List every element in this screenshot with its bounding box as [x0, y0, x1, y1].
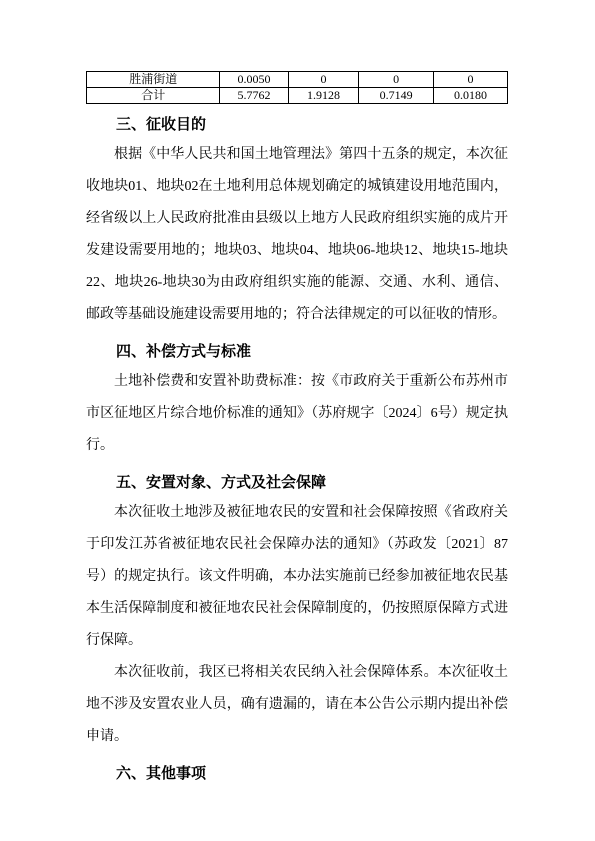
- cell-value: 0.0050: [220, 72, 288, 88]
- cell-value: 5.7762: [220, 88, 288, 104]
- paragraph-resettlement-1: 本次征收土地涉及被征地农民的安置和社会保障按照《省政府关于印发江苏省被征地农民社…: [86, 497, 508, 657]
- section-other: 六、其他事项: [86, 764, 508, 785]
- cell-value: 1.9128: [288, 88, 359, 104]
- land-area-table: 胜浦街道 0.0050 0 0 0 合计 5.7762 1.9128 0.714…: [86, 71, 508, 104]
- section-resettlement: 五、安置对象、方式及社会保障 本次征收土地涉及被征地农民的安置和社会保障按照《省…: [86, 473, 508, 753]
- section-compensation: 四、补偿方式与标准 土地补偿费和安置补助费标准：按《市政府关于重新公布苏州市市区…: [86, 342, 508, 462]
- section-heading-resettlement: 五、安置对象、方式及社会保障: [86, 473, 508, 494]
- cell-value: 0.7149: [359, 88, 434, 104]
- paragraph-compensation: 土地补偿费和安置补助费标准：按《市政府关于重新公布苏州市市区征地区片综合地价标准…: [86, 366, 508, 462]
- table-row-shengpu: 胜浦街道 0.0050 0 0 0: [87, 72, 508, 88]
- table-row-total: 合计 5.7762 1.9128 0.7149 0.0180: [87, 88, 508, 104]
- cell-value: 0: [359, 72, 434, 88]
- cell-value: 0: [433, 72, 507, 88]
- cell-value: 0.0180: [433, 88, 507, 104]
- cell-street-name: 胜浦街道: [87, 72, 220, 88]
- cell-total-label: 合计: [87, 88, 220, 104]
- document-page: 胜浦街道 0.0050 0 0 0 合计 5.7762 1.9128 0.714…: [0, 0, 595, 841]
- section-heading-purpose: 三、征收目的: [86, 115, 508, 136]
- paragraph-resettlement-2: 本次征收前，我区已将相关农民纳入社会保障体系。本次征收土地不涉及安置农业人员，确…: [86, 657, 508, 753]
- cell-value: 0: [288, 72, 359, 88]
- paragraph-purpose: 根据《中华人民共和国土地管理法》第四十五条的规定，本次征收地块01、地块02在土…: [86, 139, 508, 331]
- section-heading-compensation: 四、补偿方式与标准: [86, 342, 508, 363]
- section-purpose: 三、征收目的 根据《中华人民共和国土地管理法》第四十五条的规定，本次征收地块01…: [86, 115, 508, 331]
- section-heading-other: 六、其他事项: [86, 764, 508, 785]
